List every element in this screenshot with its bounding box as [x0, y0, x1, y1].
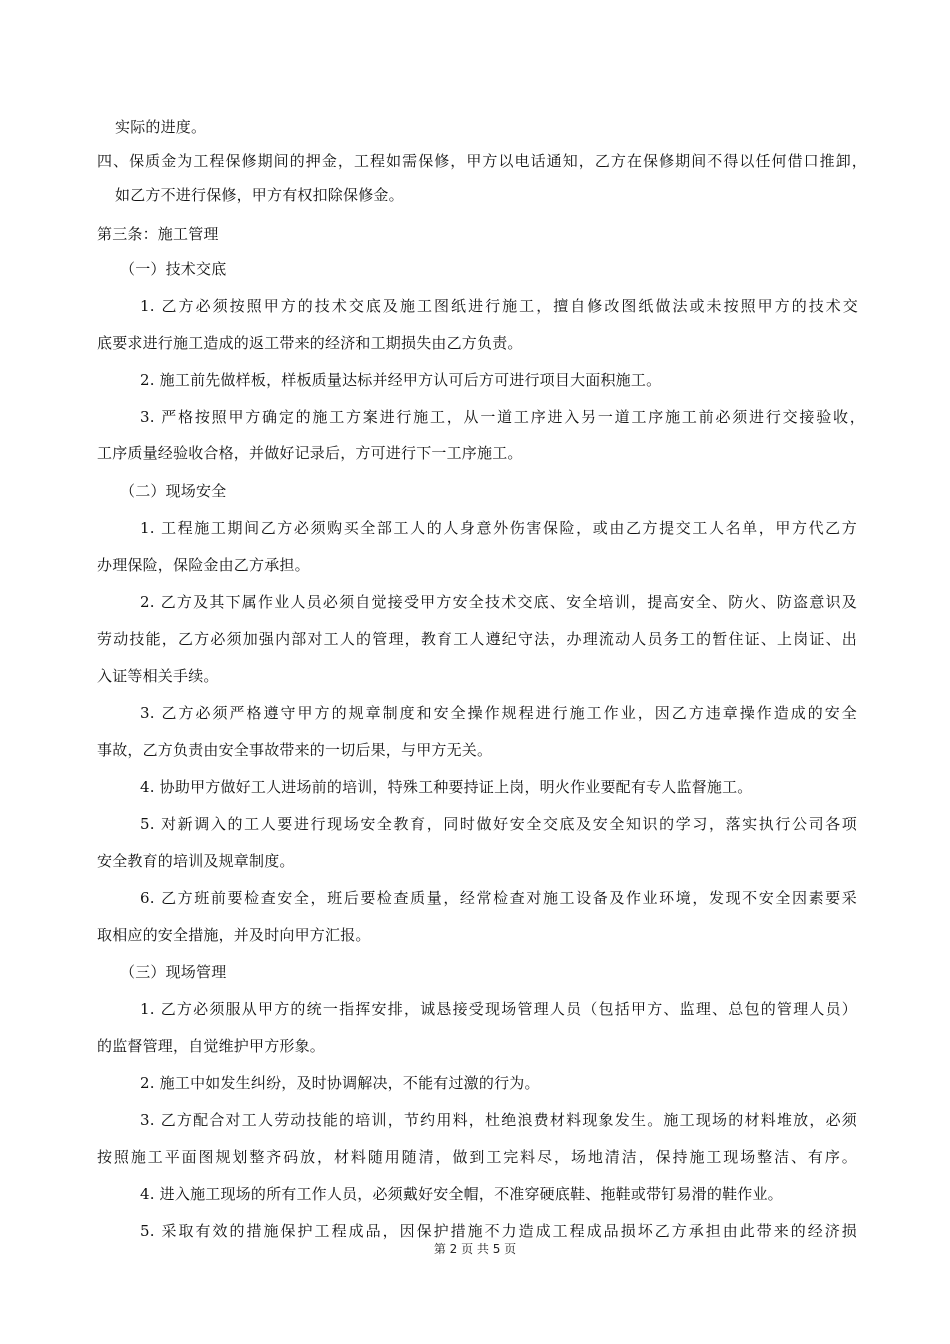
text-line: 实际的进度。	[115, 117, 206, 137]
text-line: 取相应的安全措施，并及时向甲方汇报。	[97, 925, 371, 945]
text-line: 安全教育的培训及规章制度。	[97, 851, 295, 871]
document-page: 实际的进度。四、保质金为工程保修期间的押金，工程如需保修，甲方以电话通知，乙方在…	[0, 0, 950, 1344]
text-line: 2. 施工前先做样板，样板质量达标并经甲方认可后方可进行项目大面积施工。	[140, 370, 661, 390]
text-line: 办理保险，保险金由乙方承担。	[97, 555, 310, 575]
text-line: 4. 进入施工现场的所有工作人员，必须戴好安全帽，不准穿硬底鞋、拖鞋或带钉易滑的…	[140, 1184, 783, 1204]
text-line: 3. 乙方配合对工人劳动技能的培训，节约用料，杜绝浪费材料现象发生。施工现场的材…	[140, 1110, 857, 1130]
text-line: 2. 施工中如发生纠纷，及时协调解决，不能有过激的行为。	[140, 1073, 540, 1093]
text-line: 劳动技能，乙方必须加强内部对工人的管理，教育工人遵纪守法，办理流动人员务工的暂住…	[97, 629, 857, 649]
text-line: 3. 严格按照甲方确定的施工方案进行施工，从一道工序进入另一道工序施工前必须进行…	[140, 407, 865, 427]
text-line: 1. 乙方必须按照甲方的技术交底及施工图纸进行施工，擅自修改图纸做法或未按照甲方…	[140, 296, 858, 316]
text-line: （三）现场管理	[120, 962, 226, 982]
text-line: 5. 对新调入的工人要进行现场安全教育，同时做好安全交底及安全知识的学习，落实执…	[140, 814, 857, 834]
text-line: 如乙方不进行保修，甲方有权扣除保修金。	[115, 185, 404, 205]
text-line: 按照施工平面图规划整齐码放，材料随用随清，做到工完料尽，场地清洁，保持施工现场整…	[97, 1147, 857, 1167]
text-line: 事故，乙方负责由安全事故带来的一切后果，与甲方无关。	[97, 740, 492, 760]
text-line: （二）现场安全	[120, 481, 226, 501]
text-line: 的监督管理，自觉维护甲方形象。	[97, 1036, 325, 1056]
text-line: 2. 乙方及其下属作业人员必须自觉接受甲方安全技术交底、安全培训，提高安全、防火…	[140, 592, 857, 612]
text-line: （一）技术交底	[120, 259, 226, 279]
text-line: 4. 协助甲方做好工人进场前的培训，特殊工种要持证上岗，明火作业要配有专人监督施…	[140, 777, 752, 797]
text-line: 5. 采取有效的措施保护工程成品，因保护措施不力造成工程成品损坏乙方承担由此带来…	[140, 1221, 857, 1241]
text-line: 6. 乙方班前要检查安全，班后要检查质量，经常检查对施工设备及作业环境，发现不安…	[140, 888, 857, 908]
text-line: 第三条：施工管理	[97, 224, 219, 244]
text-line: 工序质量经验收合格，并做好记录后，方可进行下一工序施工。	[97, 443, 523, 463]
text-line: 3. 乙方必须严格遵守甲方的规章制度和安全操作规程进行施工作业，因乙方违章操作造…	[140, 703, 857, 723]
text-line: 入证等相关手续。	[97, 666, 219, 686]
page-footer: 第 2 页 共 5 页	[0, 1240, 950, 1257]
text-line: 底要求进行施工造成的返工带来的经济和工期损失由乙方负责。	[97, 333, 523, 353]
text-line: 四、保质金为工程保修期间的押金，工程如需保修，甲方以电话通知，乙方在保修期间不得…	[97, 151, 867, 171]
text-line: 1. 乙方必须服从甲方的统一指挥安排，诚恳接受现场管理人员（包括甲方、监理、总包…	[140, 999, 857, 1019]
text-line: 1. 工程施工期间乙方必须购买全部工人的人身意外伤害保险，或由乙方提交工人名单，…	[140, 518, 857, 538]
